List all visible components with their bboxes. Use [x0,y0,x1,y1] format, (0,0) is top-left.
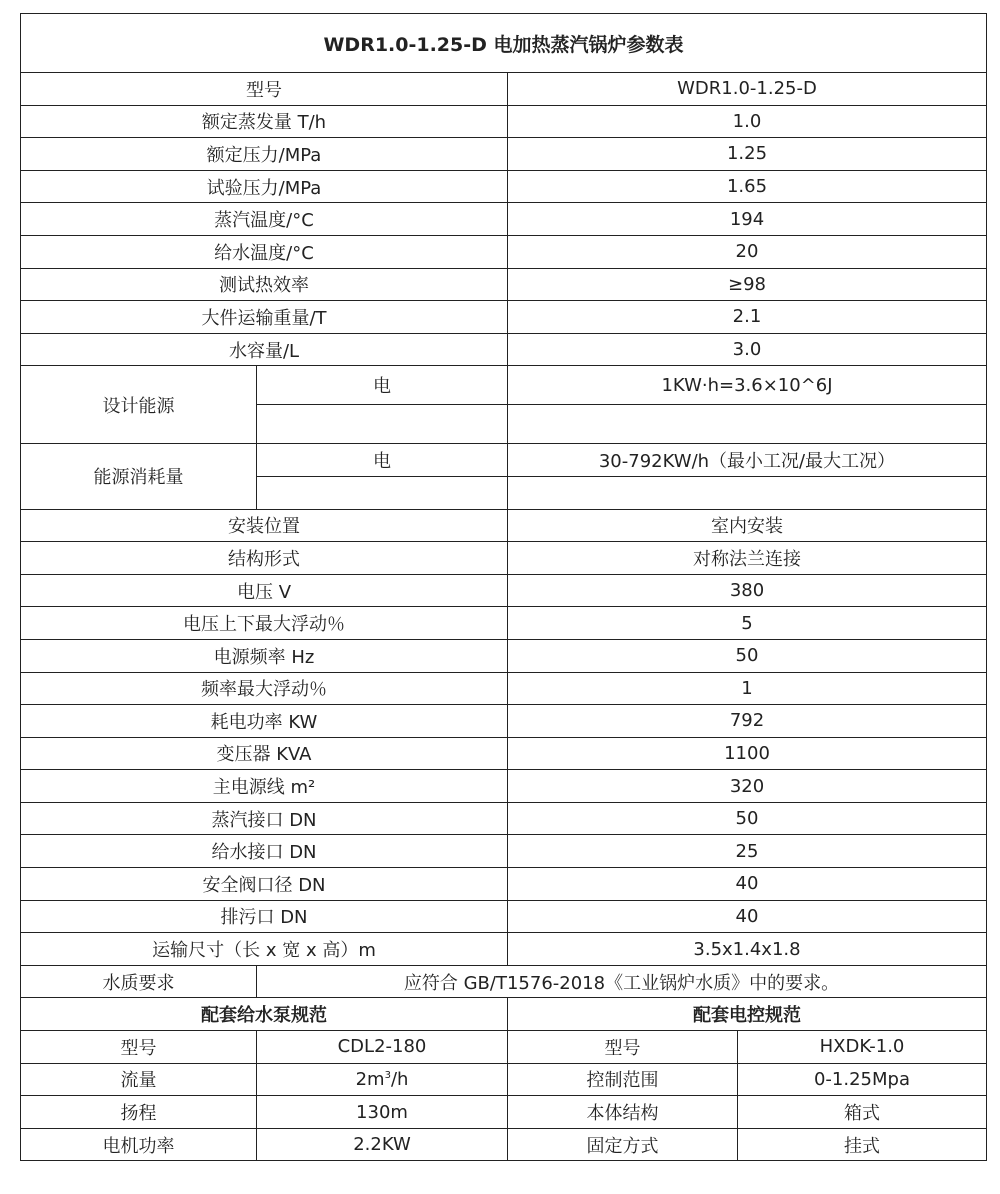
param-label: 测试热效率 [21,268,508,301]
param-value: 50 [508,639,987,672]
param-label: 蒸汽接口 DN [21,802,508,835]
table-row: 蒸汽接口 DN50 [21,802,987,835]
control-label: 本体结构 [508,1096,738,1129]
control-label: 固定方式 [508,1128,738,1161]
pump-spec-header: 配套给水泵规范 [21,998,508,1031]
design-energy-val1: 1KW·h=3.6×10^6J [508,366,987,405]
table-row: 水容量/L3.0 [21,333,987,366]
water-quality-label: 水质要求 [21,965,257,998]
control-value: 箱式 [738,1096,987,1129]
table-row: 变压器 KVA1100 [21,737,987,770]
param-value: 2.1 [508,301,987,334]
table-row: 电压 V380 [21,574,987,607]
param-value: 对称法兰连接 [508,542,987,575]
table-row: 电压上下最大浮动％5 [21,607,987,640]
param-label: 运输尺寸（长 x 宽 x 高）m [21,933,508,966]
param-value: 40 [508,868,987,901]
spec-row: 流量2m3/h控制范围0-1.25Mpa [21,1063,987,1096]
param-label: 安全阀口径 DN [21,868,508,901]
table-row: 安全阀口径 DN40 [21,868,987,901]
param-label: 蒸汽温度/°C [21,203,508,236]
param-value: 320 [508,770,987,803]
table-row: 测试热效率≥98 [21,268,987,301]
energy-consumption-val2 [508,476,987,509]
param-label: 频率最大浮动％ [21,672,508,705]
table-row: 主电源线 m²320 [21,770,987,803]
table-row: 型号WDR1.0-1.25-D [21,73,987,106]
param-label: 变压器 KVA [21,737,508,770]
table-row: 频率最大浮动％1 [21,672,987,705]
control-value: 0-1.25Mpa [738,1063,987,1096]
energy-consumption-val1: 30-792KW/h（最小工况/最大工况） [508,444,987,477]
param-value: 194 [508,203,987,236]
param-label: 给水温度/°C [21,235,508,268]
param-label: 结构形式 [21,542,508,575]
param-label: 试验压力/MPa [21,170,508,203]
control-value: 挂式 [738,1128,987,1161]
param-value: 3.5x1.4x1.8 [508,933,987,966]
param-value: 380 [508,574,987,607]
param-value: 20 [508,235,987,268]
pump-label: 扬程 [21,1096,257,1129]
table-row: 额定蒸发量 T/h1.0 [21,105,987,138]
table-title: WDR1.0-1.25-D 电加热蒸汽锅炉参数表 [21,14,987,73]
param-value: 40 [508,900,987,933]
table-row: 蒸汽温度/°C194 [21,203,987,236]
param-value: 1100 [508,737,987,770]
table-row: 电源频率 Hz50 [21,639,987,672]
param-value: ≥98 [508,268,987,301]
param-value: 1.25 [508,138,987,171]
table-row: 结构形式对称法兰连接 [21,542,987,575]
table-row: 大件运输重量/T2.1 [21,301,987,334]
pump-value: CDL2-180 [257,1031,508,1064]
param-label: 排污口 DN [21,900,508,933]
table-row: 额定压力/MPa1.25 [21,138,987,171]
param-label: 电压 V [21,574,508,607]
design-energy-sub1: 电 [257,366,508,405]
param-label: 大件运输重量/T [21,301,508,334]
energy-consumption-sub1: 电 [257,444,508,477]
param-label: 电压上下最大浮动％ [21,607,508,640]
table-row: 给水接口 DN25 [21,835,987,868]
param-label: 水容量/L [21,333,508,366]
control-label: 控制范围 [508,1063,738,1096]
pump-label: 型号 [21,1031,257,1064]
param-label: 给水接口 DN [21,835,508,868]
pump-value: 2.2KW [257,1128,508,1161]
pump-value: 2m3/h [257,1063,508,1096]
spec-row: 型号CDL2-180型号HXDK-1.0 [21,1031,987,1064]
table-row: 耗电功率 KW792 [21,705,987,738]
control-value: HXDK-1.0 [738,1031,987,1064]
param-value: 5 [508,607,987,640]
param-label: 电源频率 Hz [21,639,508,672]
energy-consumption-sub2 [257,476,508,509]
pump-label: 流量 [21,1063,257,1096]
control-label: 型号 [508,1031,738,1064]
param-value: 1.0 [508,105,987,138]
param-value: 25 [508,835,987,868]
param-label: 型号 [21,73,508,106]
param-value: 1 [508,672,987,705]
table-row: 安装位置室内安装 [21,509,987,542]
spec-row: 扬程130m本体结构箱式 [21,1096,987,1129]
param-value: 792 [508,705,987,738]
spec-row: 电机功率2.2KW固定方式挂式 [21,1128,987,1161]
param-value: 3.0 [508,333,987,366]
boiler-parameter-table: WDR1.0-1.25-D 电加热蒸汽锅炉参数表 型号WDR1.0-1.25-D… [20,13,987,1161]
param-value: 1.65 [508,170,987,203]
param-value: 50 [508,802,987,835]
param-label: 耗电功率 KW [21,705,508,738]
design-energy-val2 [508,405,987,444]
table-row: 试验压力/MPa1.65 [21,170,987,203]
table-row: 运输尺寸（长 x 宽 x 高）m3.5x1.4x1.8 [21,933,987,966]
water-quality-value: 应符合 GB/T1576-2018《工业锅炉水质》中的要求。 [257,965,987,998]
pump-value: 130m [257,1096,508,1129]
param-label: 额定压力/MPa [21,138,508,171]
param-label: 安装位置 [21,509,508,542]
design-energy-label: 设计能源 [21,366,257,444]
param-label: 额定蒸发量 T/h [21,105,508,138]
pump-label: 电机功率 [21,1128,257,1161]
energy-consumption-label: 能源消耗量 [21,444,257,509]
control-spec-header: 配套电控规范 [508,998,987,1031]
table-row: 给水温度/°C20 [21,235,987,268]
table-row: 排污口 DN40 [21,900,987,933]
param-value: WDR1.0-1.25-D [508,73,987,106]
param-value: 室内安装 [508,509,987,542]
param-label: 主电源线 m² [21,770,508,803]
design-energy-sub2 [257,405,508,444]
